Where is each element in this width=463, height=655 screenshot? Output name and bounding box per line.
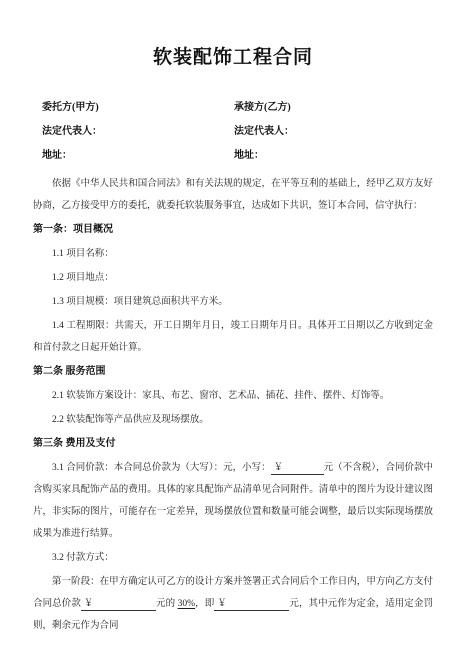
contract-document-page: 软装配饰工程合同 委托方(甲方) 承接方(乙方) 法定代表人： 法定代表人： 地… (0, 0, 463, 655)
contract-title: 软装配饰工程合同 (33, 46, 433, 70)
clause-1-1: 1.1 项目名称： (33, 243, 433, 265)
clause-3-2: 3.2 付款方式： (33, 547, 433, 569)
stage-1-text-3: ，即 (195, 599, 214, 609)
stage-1-amount-blank-field: ￥ (81, 598, 156, 611)
party-b-address-label: 地址： (225, 150, 433, 161)
stage-1-percent-value: 30% (178, 599, 195, 609)
clause-2-2: 2.2 软装配饰等产品供应及现场摆放。 (33, 409, 433, 431)
stage-1-paragraph: 第一阶段：在甲方确定认可乙方的设计方案并签署正式合同后个工作日内，甲方向乙方支付… (33, 571, 433, 637)
clause-1-3: 1.3 项目规模：项目建筑总面积共平方米。 (33, 291, 433, 313)
article-2-heading: 第二条 服务范围 (33, 361, 433, 383)
clause-1-2: 1.2 项目地点： (33, 267, 433, 289)
parties-block: 委托方(甲方) 承接方(乙方) 法定代表人： 法定代表人： 地址： 地址： (33, 102, 433, 161)
clause-3-1-text-cont: 元（不含税），合同价款中含购买家具配饰产品的费用。具体的家具配饰产品清单见合同附… (33, 463, 433, 539)
clause-3-1-text: 3.1 合同价款：本合同总价款为（大写）：元，小写： (52, 463, 271, 473)
party-a-address-label: 地址： (33, 150, 225, 161)
party-a-role-label: 委托方(甲方) (33, 102, 225, 113)
party-a-legal-rep-label: 法定代表人： (33, 126, 225, 137)
clause-2-1: 2.1 软装饰方案设计：家具、布艺、窗帘、艺术品、插花、挂件、摆件、灯饰等。 (33, 385, 433, 407)
article-1-heading: 第一条：项目概况 (33, 219, 433, 241)
party-b-legal-rep-label: 法定代表人： (225, 126, 433, 137)
article-3-heading: 第三条 费用及支付 (33, 433, 433, 455)
intro-paragraph: 依据《中华人民共和国合同法》和有关法规的规定，在平等互利的基础上，经甲乙双方友好… (33, 173, 433, 217)
clause-3-1: 3.1 合同价款：本合同总价款为（大写）：元，小写：￥元（不含税），合同价款中含… (33, 457, 433, 545)
party-b-role-label: 承接方(乙方) (225, 102, 433, 113)
contract-price-blank-field: ￥ (271, 462, 324, 475)
stage-1-payment-blank-field: ￥ (214, 598, 289, 611)
stage-1-text-2: 元的 (156, 599, 178, 609)
clause-1-4: 1.4 工程期限：共需天，开工日期年月日，竣工日期年月日。具体开工日期以乙方收到… (33, 315, 433, 359)
